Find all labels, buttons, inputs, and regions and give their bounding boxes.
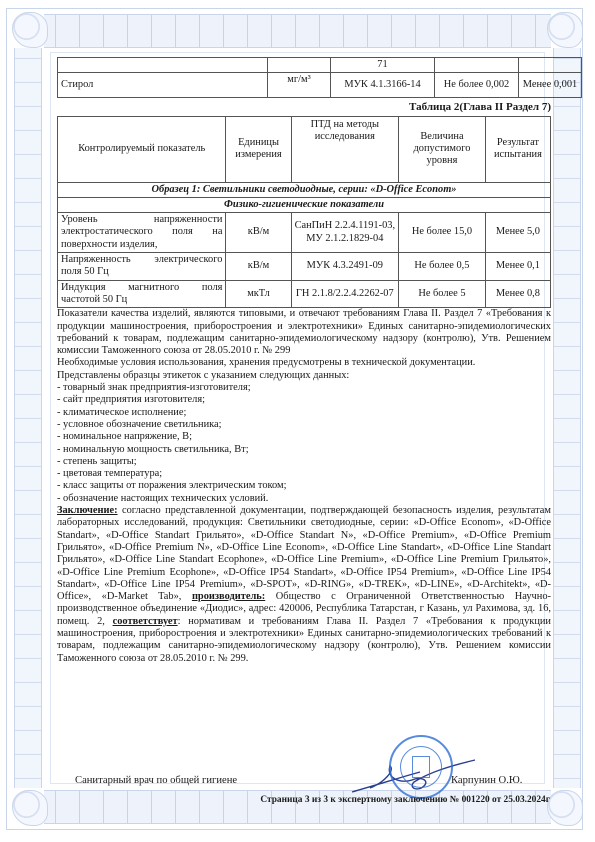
table-row: Уровень напряженности электростатическог… [58, 213, 551, 253]
cell [58, 58, 268, 73]
corner-ornament-icon [547, 12, 583, 48]
cell-indicator: Напряженность электрического поля 50 Гц [58, 253, 226, 281]
signer-title: Санитарный врач по общей гигиене [75, 775, 237, 786]
cell [435, 58, 519, 73]
border-ornament-top [44, 14, 551, 48]
table-2-caption: Таблица 2(Глава II Раздел 7) [57, 101, 551, 113]
complies-label: соответствует [113, 616, 178, 627]
cell-limit: Не более 0,002 [435, 73, 519, 98]
sample-title-row: Образец 1: Светильники светодиодные, сер… [58, 182, 551, 197]
cell-result: Менее 0,1 [485, 253, 550, 281]
cell-unit: кВ/м [226, 213, 291, 253]
list-item: - товарный знак предприятия-изготовителя… [57, 382, 551, 394]
cell-unit: мкТл [226, 280, 291, 308]
table-row: Стирол мг/м³ МУК 4.1.3166-14 Не более 0,… [58, 73, 582, 98]
cell-method: ГН 2.1.8/2.2.4.2262-07 [291, 280, 398, 308]
list-item: - степень защиты; [57, 456, 551, 468]
cell-unit: кВ/м [226, 253, 291, 281]
cell-method: СанПиН 2.2.4.1191-03, МУ 2.1.2.1829-04 [291, 213, 398, 253]
table-2: Контролируемый показатель Единицы измере… [57, 116, 551, 309]
list-item: - класс защиты от поражения электрически… [57, 480, 551, 492]
header-indicator: Контролируемый показатель [58, 116, 226, 182]
header-limit: Величина допустимого уровня [399, 116, 486, 182]
labels-intro: Представлены образцы этикеток с указание… [57, 370, 551, 382]
cell-indicator: Индукция магнитного поля частотой 50 Гц [58, 280, 226, 308]
border-ornament-right [553, 48, 581, 788]
stamp-center-icon [412, 756, 430, 778]
conclusion-text: согласно представленной документации, по… [57, 505, 551, 602]
table-row: Индукция магнитного поля частотой 50 Гц … [58, 280, 551, 308]
group-title: Физико-гигиенические показатели [58, 197, 551, 212]
table-row: 71 [58, 58, 582, 73]
page-footer: Страница 3 из 3 к экспертному заключению… [200, 795, 550, 805]
group-title-row: Физико-гигиенические показатели [58, 197, 551, 212]
conclusion-label: Заключение: [57, 505, 118, 516]
document-body: 71 Стирол мг/м³ МУК 4.1.3166-14 Не более… [57, 57, 551, 665]
cell-result: Менее 0,8 [485, 280, 550, 308]
list-item: - обозначение настоящих технических усло… [57, 493, 551, 505]
cell [519, 58, 582, 73]
cell-limit: Не более 5 [399, 280, 486, 308]
manufacturer-label: производитель: [192, 591, 265, 602]
table-row: Напряженность электрического поля 50 Гц … [58, 253, 551, 281]
header-unit: Единицы измерения [226, 116, 291, 182]
cell-fragment: 71 [331, 58, 435, 73]
border-ornament-left [14, 48, 42, 788]
cell-unit: мг/м³ [268, 73, 331, 98]
cell-indicator: Стирол [58, 73, 268, 98]
corner-ornament-icon [547, 790, 583, 826]
header-result: Результат испытания [485, 116, 550, 182]
list-item: - сайт предприятия изготовителя; [57, 394, 551, 406]
list-item: - номинальное напряжение, В; [57, 431, 551, 443]
table-1: 71 Стирол мг/м³ МУК 4.1.3166-14 Не более… [57, 57, 582, 98]
header-method: ПТД на методы исследования [291, 116, 398, 182]
usage-conditions: Необходимые условия использования, хране… [57, 357, 551, 369]
corner-ornament-icon [12, 12, 48, 48]
corner-ornament-icon [12, 790, 48, 826]
compliance-paragraph: Показатели качества изделий, являются ти… [57, 308, 551, 357]
cell-limit: Не более 0,5 [399, 253, 486, 281]
cell-indicator: Уровень напряженности электростатическог… [58, 213, 226, 253]
list-item: - условное обозначение светильника; [57, 419, 551, 431]
label-items-list: - товарный знак предприятия-изготовителя… [57, 382, 551, 505]
list-item: - номинальную мощность светильника, Вт; [57, 444, 551, 456]
cell-result: Менее 5,0 [485, 213, 550, 253]
official-stamp-icon [389, 735, 453, 799]
list-item: - цветовая температура; [57, 468, 551, 480]
cell-limit: Не более 15,0 [399, 213, 486, 253]
cell-method: МУК 4.3.2491-09 [291, 253, 398, 281]
conclusion-paragraph: Заключение: согласно представленной доку… [57, 505, 551, 665]
sample-title: Образец 1: Светильники светодиодные, сер… [58, 182, 551, 197]
cell [268, 58, 331, 73]
list-item: - климатическое исполнение; [57, 407, 551, 419]
cell-result: Менее 0,001 [519, 73, 582, 98]
table-header-row: Контролируемый показатель Единицы измере… [58, 116, 551, 182]
cell-method: МУК 4.1.3166-14 [331, 73, 435, 98]
